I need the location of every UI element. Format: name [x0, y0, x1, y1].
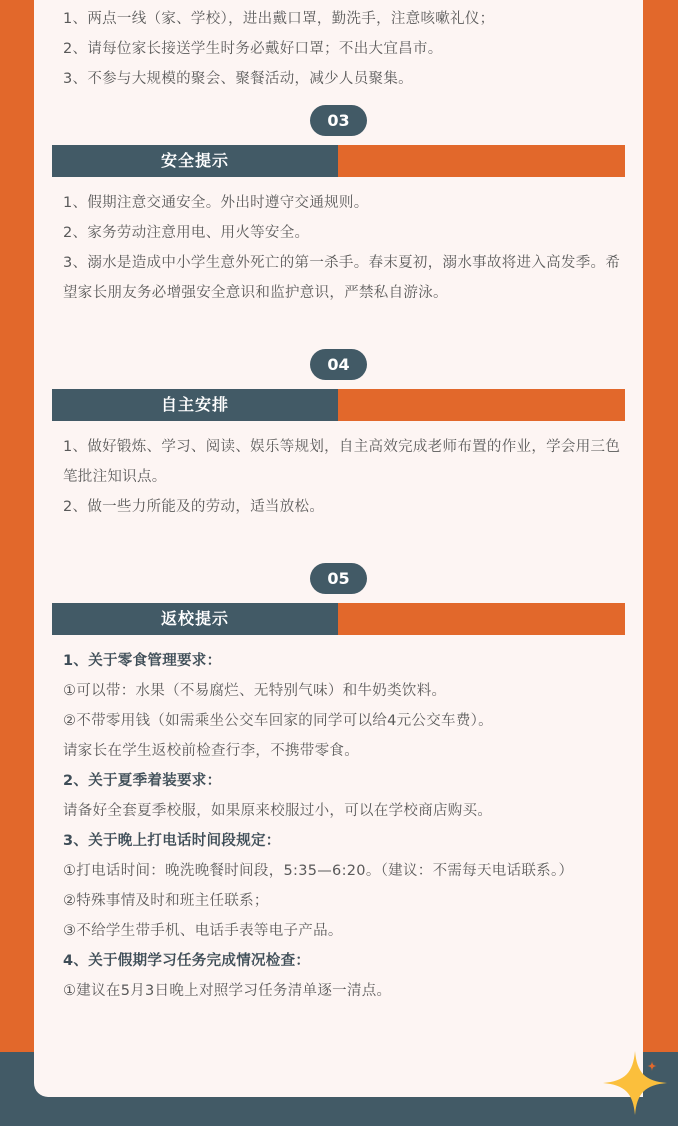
section-number-badge: 04 — [310, 349, 367, 380]
header-accent-block — [338, 603, 625, 635]
body-line: ①建议在5月3日晚上对照学习任务清单逐一清点。 — [63, 976, 623, 1006]
section-header-bar: 自主安排 — [52, 389, 625, 421]
body-line: 2、家务劳动注意用电、用火等安全。 — [63, 218, 623, 248]
section-header-bar: 安全提示 — [52, 145, 625, 177]
intro-line: 2、请每位家长接送学生时务必戴好口罩；不出大宜昌市。 — [63, 34, 623, 64]
section-body: 1、做好锻炼、学习、阅读、娱乐等规划，自主高效完成老师布置的作业，学会用三色笔批… — [63, 432, 623, 522]
body-line: 1、假期注意交通安全。外出时遵守交通规则。 — [63, 188, 623, 218]
section-number-badge: 05 — [310, 563, 367, 594]
section-title: 返校提示 — [52, 603, 338, 635]
subheading: 1、关于零食管理要求： — [63, 646, 623, 676]
subheading: 3、关于晚上打电话时间段规定： — [63, 826, 623, 856]
body-line: 请备好全套夏季校服，如果原来校服过小，可以在学校商店购买。 — [63, 796, 623, 826]
body-line: 请家长在学生返校前检查行李，不携带零食。 — [63, 736, 623, 766]
intro-line: 3、不参与大规模的聚会、聚餐活动，减少人员聚集。 — [63, 64, 623, 94]
subheading: 4、关于假期学习任务完成情况检查： — [63, 946, 623, 976]
body-line: ②特殊事情及时和班主任联系； — [63, 886, 623, 916]
section-header-bar: 返校提示 — [52, 603, 625, 635]
body-line: 1、做好锻炼、学习、阅读、娱乐等规划，自主高效完成老师布置的作业，学会用三色笔批… — [63, 432, 623, 492]
section-number-badge: 03 — [310, 105, 367, 136]
body-line: ③不给学生带手机、电话手表等电子产品。 — [63, 916, 623, 946]
section-body: 1、假期注意交通安全。外出时遵守交通规则。 2、家务劳动注意用电、用火等安全。 … — [63, 188, 623, 308]
intro-paragraph: 1、两点一线（家、学校），进出戴口罩，勤洗手，注意咳嗽礼仪； 2、请每位家长接送… — [63, 4, 623, 94]
subheading: 2、关于夏季着装要求： — [63, 766, 623, 796]
body-line: ①打电话时间：晚洗晚餐时间段，5:35—6:20。（建议：不需每天电话联系。） — [63, 856, 623, 886]
section-title: 安全提示 — [52, 145, 338, 177]
body-line: 3、溺水是造成中小学生意外死亡的第一杀手。春末夏初，溺水事故将进入高发季。希望家… — [63, 248, 623, 308]
star-icon — [603, 1051, 667, 1115]
sparkle-icon — [647, 1061, 657, 1071]
body-line: ①可以带：水果（不易腐烂、无特别气味）和牛奶类饮料。 — [63, 676, 623, 706]
body-line: 2、做一些力所能及的劳动，适当放松。 — [63, 492, 623, 522]
header-accent-block — [338, 389, 625, 421]
intro-line: 1、两点一线（家、学校），进出戴口罩，勤洗手，注意咳嗽礼仪； — [63, 4, 623, 34]
body-line: ②不带零用钱（如需乘坐公交车回家的同学可以给4元公交车费）。 — [63, 706, 623, 736]
section-title: 自主安排 — [52, 389, 338, 421]
header-accent-block — [338, 145, 625, 177]
section-body: 1、关于零食管理要求： ①可以带：水果（不易腐烂、无特别气味）和牛奶类饮料。 ②… — [63, 646, 623, 1006]
content-card: 1、两点一线（家、学校），进出戴口罩，勤洗手，注意咳嗽礼仪； 2、请每位家长接送… — [34, 0, 643, 1097]
